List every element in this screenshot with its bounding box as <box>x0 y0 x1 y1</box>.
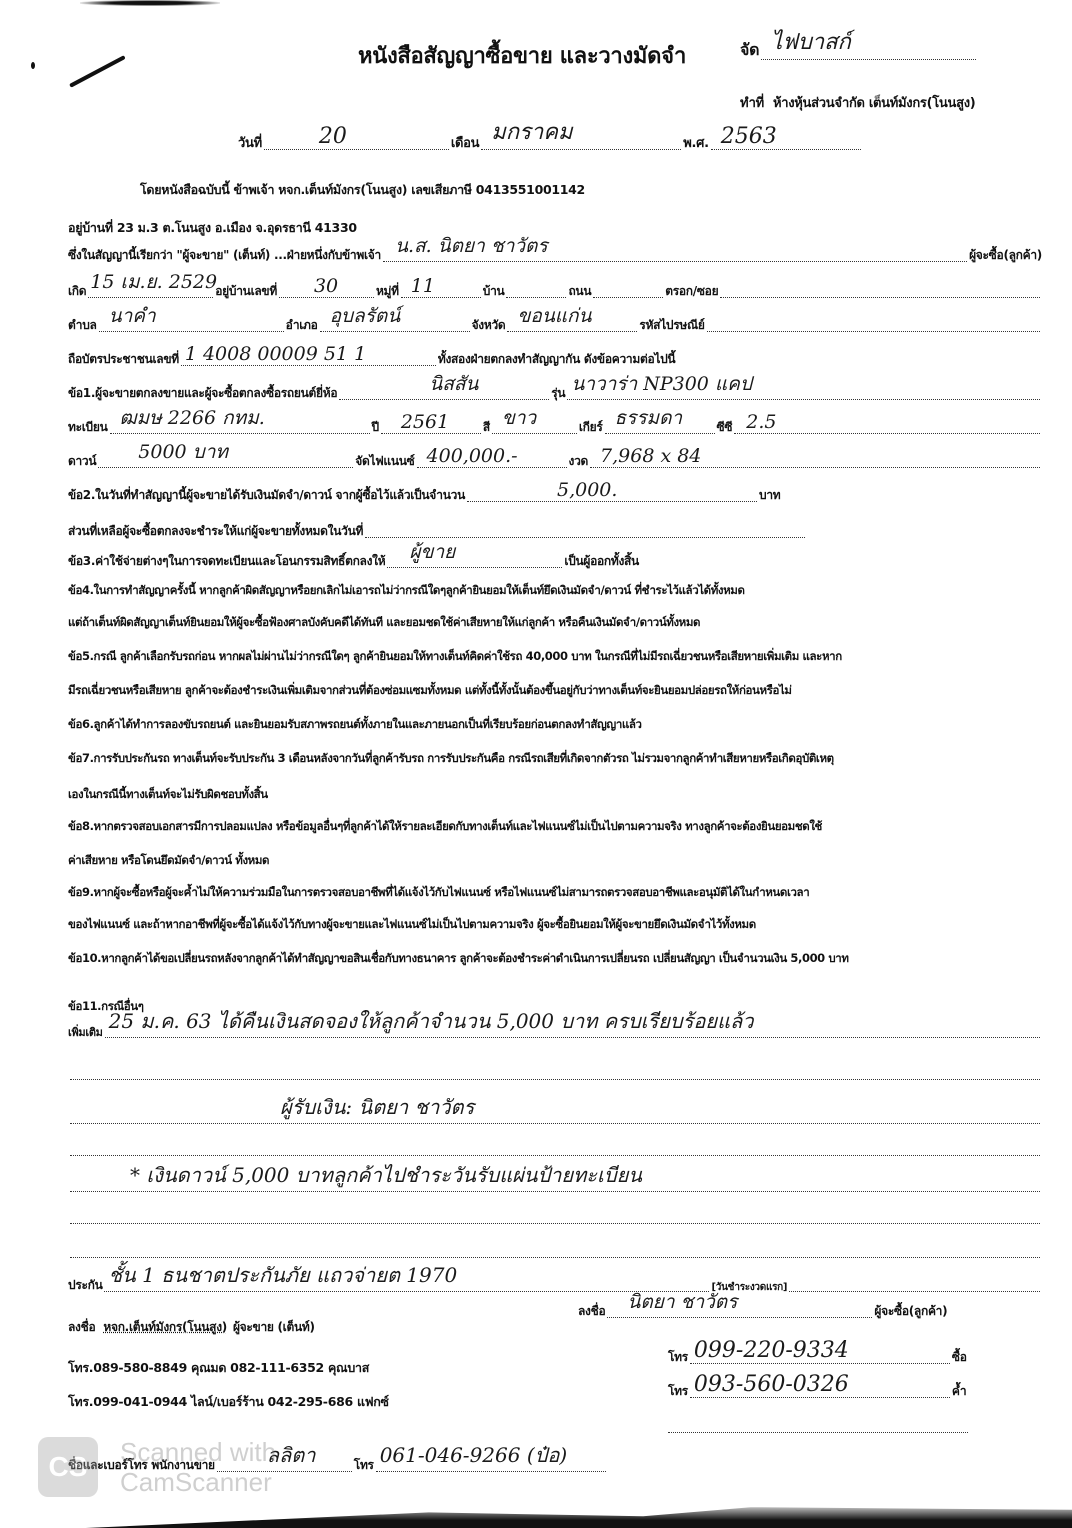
vehicle-finance-row: ดาวน์ 5000 บาท จัดไฟแนนซ์ 400,000.- งวด … <box>68 446 1042 471</box>
postal-label: รหัสไปรษณีย์ <box>639 316 704 335</box>
moo-value: 11 <box>411 275 435 297</box>
scan-edge-smear <box>0 1502 1072 1528</box>
buyer-id-row: ถือบัตรประชาชนเลขที่ 1 4008 00009 51 1 ท… <box>68 344 1042 369</box>
made-at-label: ทำที่ <box>740 96 764 111</box>
clause8-line2: ค่าเสียหาย หรือโดนยึดมัดจำ/ดาวน์ ทั้งหมด <box>68 852 269 870</box>
down-value: 5000 บาท <box>138 437 228 467</box>
seller-signature: ลงชื่อ หจก.เต็นท์มังกร(โนนสูง) ผู้จะขาย … <box>68 1318 315 1337</box>
buyer-sign-value: นิตยา ชาวัตร <box>627 1287 737 1317</box>
watermark-line2: CamScanner <box>120 1467 276 1497</box>
buyer-signature: ลงชื่อ นิตยา ชาวัตร ผู้จะซื้อ(ลูกค้า) <box>578 1296 947 1321</box>
finance-label: จัดไฟแนนซ์ <box>355 452 414 471</box>
buyer-location-row: ตำบล นาคำ อำเภอ อุบลรัตน์ จังหวัด ขอนแก่… <box>68 310 1042 335</box>
clause6-line1: ข้อ6.ลูกค้าได้ทำการลองขับรถยนต์ และยินยอ… <box>68 716 642 734</box>
clause3-suffix: เป็นผู้ออกทั้งสิ้น <box>564 552 639 571</box>
gear-label: เกียร์ <box>579 418 603 437</box>
insurance-value: ชั้น 1 ธนชาตประกันภัย แถวจ่ายต 1970 <box>108 1259 457 1291</box>
id-suffix: ทั้งสองฝ่ายตกลงทำสัญญากัน ดังข้อความต่อไ… <box>438 350 675 369</box>
buyer-phone-label: โทร <box>668 1348 688 1367</box>
brand-value: นิสสัน <box>429 369 478 399</box>
soi-label: ตรอก/ซอย <box>665 282 718 301</box>
made-at: ทำที่ ห้างหุ้นส่วนจำกัด เต็นท์มังกร(โนนส… <box>740 92 975 113</box>
jad-label: จัด <box>740 38 759 63</box>
clause4-line1: ข้อ4.ในการทำสัญญาครั้งนี้ หากลูกค้าผิดสั… <box>68 582 745 600</box>
road-label: ถนน <box>568 282 591 301</box>
receiver-text: ผู้รับเงิน: นิตยา ชาวัตร <box>280 1091 474 1123</box>
scan-smudge <box>80 0 220 6</box>
seller-phone-line2: โทร.099-041-0944 ไลน์/เบอร์ร้าน 042-295-… <box>68 1392 389 1412</box>
cc-value: 2.5 <box>746 411 776 433</box>
clause3-label: ข้อ3.ค่าใช้จ่ายต่างๆในการจดทะเบียนและโอน… <box>68 552 385 571</box>
additional-line-2: ผู้รับเงิน: นิตยา ชาวัตร <box>68 1090 1042 1127</box>
clause3-value: ผู้ขาย <box>409 537 455 567</box>
clause2-amount: 5,000. <box>557 479 617 501</box>
seller-ref-label: ซึ่งในสัญญานี้เรียกว่า "ผู้จะขาย" (เต็นท… <box>68 246 381 265</box>
clause10-line1: ข้อ10.หากลูกค้าได้ขอเปลี่ยนรถหลังจากลูกค… <box>68 950 849 968</box>
guarantor-phone-value: 093-560-0326 <box>694 1372 849 1397</box>
buyer-phone-suffix: ซื้อ <box>952 1348 967 1367</box>
made-at-value: ห้างหุ้นส่วนจำกัด เต็นท์มังกร(โนนสูง) <box>773 96 975 111</box>
clause8-line1: ข้อ8.หากตรวจสอบเอกสารมีการปลอมแปลง หรือข… <box>68 818 822 836</box>
jad-value: ไฟบาสก์ <box>771 24 851 59</box>
seller-address: อยู่บ้านที่ 23 ม.3 ต.โนนสูง อ.เมือง จ.อุ… <box>68 218 357 238</box>
clause7-line1: ข้อ7.การรับประกันรถ ทางเต็นท์จะรับประกัน… <box>68 750 834 768</box>
additional-line-3 <box>68 1130 1042 1159</box>
vehicle-year-value: 2561 <box>401 411 449 433</box>
vehicle-plate-row: ทะเบียน ฒมษ 2266 กทม. ปี 2561 สี ขาว เกี… <box>68 412 1042 437</box>
down-payment-note: * เงินดาวน์ 5,000 บาทลูกค้าไปชำระวันรับแ… <box>130 1159 642 1191</box>
gear-value: ธรรมดา <box>615 403 683 433</box>
document-title: หนังสือสัญญาซื้อขาย และวางมัดจำ <box>358 38 686 73</box>
cc-label: ซีซี <box>717 418 733 437</box>
staff-phone-value: 061-046-9266 (ป๋อ) <box>380 1439 567 1471</box>
tambon-label: ตำบล <box>68 316 97 335</box>
amphoe-label: อำเภอ <box>286 316 318 335</box>
clause5-line1: ข้อ5.กรณี ลูกค้าเลือกรับรถก่อน หากผลไม่ผ… <box>68 648 842 666</box>
camscanner-watermark: CS Scanned with CamScanner <box>38 1437 276 1497</box>
birth-label: เกิด <box>68 282 86 301</box>
clause5-line2: มีรถเฉี่ยวชนหรือเสียหาย ลูกค้าจะต้องชำระ… <box>68 682 792 700</box>
year-label-vehicle: ปี <box>372 418 379 437</box>
color-value: ขาว <box>502 403 536 433</box>
buyer-ref-label: ผู้จะซื้อ(ลูกค้า) <box>969 246 1042 265</box>
guarantor-phone-suffix: ค้ำ <box>952 1382 966 1401</box>
finance-value: 400,000.- <box>427 445 518 467</box>
house-no-label: อยู่บ้านเลขที่ <box>215 282 277 301</box>
additional-label: เพิ่มเติม <box>68 1023 103 1041</box>
id-value: 1 4008 00009 51 1 <box>185 343 366 365</box>
id-label: ถือบัตรประชาชนเลขที่ <box>68 350 179 369</box>
buyer-sign-label: ลงชื่อ <box>578 1302 605 1321</box>
model-value: นาวาร่า NP300 แคป <box>571 369 752 399</box>
buyer-name: น.ส. นิตยา ชาวัตร <box>395 231 548 261</box>
village-label: บ้าน <box>483 282 505 301</box>
seller-sign-value: หจก.เต็นท์มังกร(โนนสูง) <box>103 1318 227 1337</box>
jad-field: จัด ไฟบาสก์ <box>740 34 978 63</box>
plate-value: ฒมษ 2266 กทม. <box>120 403 265 433</box>
house-no-value: 30 <box>314 275 338 297</box>
color-label: สี <box>483 418 490 437</box>
buyer-birth-row: เกิด 15 เม.ย. 2529 อยู่บ้านเลขที่ 30 หมู… <box>68 276 1042 301</box>
vehicle-brand-row: ข้อ1.ผู้จะขายตกลงขายและผู้จะซื้อตกลงซื้อ… <box>68 378 1042 403</box>
buyer-phone-value: 099-220-9334 <box>694 1338 849 1363</box>
buyer-name-row: ซึ่งในสัญญานี้เรียกว่า "ผู้จะขาย" (เต็นท… <box>68 240 1042 265</box>
installment-label: งวด <box>569 452 589 471</box>
clause2-remaining-label: ส่วนที่เหลือผู้จะซื้อตกลงจะชำระให้แก่ผู้… <box>68 522 363 541</box>
additional-line-6 <box>68 1232 1042 1261</box>
birth-value: 15 เม.ย. 2529 <box>90 267 217 297</box>
installment-value: 7,968 x 84 <box>600 445 701 467</box>
insurance-label: ประกัน <box>68 1276 102 1295</box>
pen-mark <box>69 55 126 88</box>
watermark-line1: Scanned with <box>120 1437 276 1467</box>
staff-phone-label: โทร <box>354 1456 374 1475</box>
additional-line-4: * เงินดาวน์ 5,000 บาทลูกค้าไปชำระวันรับแ… <box>68 1160 1042 1195</box>
down-label: ดาวน์ <box>68 452 96 471</box>
buyer-role: ผู้จะซื้อ(ลูกค้า) <box>874 1302 947 1321</box>
buyer-phone-row: โทร 099-220-9334 ซื้อ <box>668 1336 967 1367</box>
seller-role: ผู้จะขาย (เต็นท์) <box>233 1318 315 1337</box>
amphoe-value: อุบลรัตน์ <box>330 301 401 331</box>
clause3-row: ข้อ3.ค่าใช้จ่ายต่างๆในการจดทะเบียนและโอน… <box>68 546 639 571</box>
seller-sign-label: ลงชื่อ <box>68 1318 95 1337</box>
clause4-line2: แต่ถ้าเต็นท์ผิดสัญญาเต็นท์ยินยอมให้ผู้จะ… <box>68 614 700 632</box>
seller-intro: โดยหนังสือฉบับนี้ ข้าพเจ้า หจก.เต็นท์มัง… <box>140 180 585 200</box>
additional-text: 25 ม.ค. 63 ได้คืนเงินสดจองให้ลูกค้าจำนวน… <box>109 1005 754 1037</box>
clause9-line2: ของไฟแนนซ์ และถ้าหากอาชีพที่ผู้จะซื้อได้… <box>68 916 756 934</box>
pen-dot <box>31 62 35 69</box>
additional-line-0: เพิ่มเติม 25 ม.ค. 63 ได้คืนเงินสดจองให้ล… <box>68 1008 1042 1041</box>
day-label: วันที่ <box>238 132 262 153</box>
clause7-line2: เองในกรณีนี้ทางเต็นท์จะไม่รับผิดชอบทั้งส… <box>68 786 268 804</box>
model-label: รุ่น <box>551 384 565 403</box>
clause1-label: ข้อ1.ผู้จะขายตกลงขายและผู้จะซื้อตกลงซื้อ… <box>68 384 337 403</box>
guarantor-phone-label: โทร <box>668 1382 688 1401</box>
month-value: มกราคม <box>491 114 572 149</box>
province-label: จังหวัด <box>472 316 506 335</box>
plate-label: ทะเบียน <box>68 418 108 437</box>
tambon-value: นาคำ <box>109 301 156 331</box>
insurance-row: ประกัน ชั้น 1 ธนชาตประกันภัย แถวจ่ายต 19… <box>68 1262 1042 1295</box>
additional-line-5 <box>68 1198 1042 1227</box>
clause9-line1: ข้อ9.หากผู้จะซื้อหรือผู้จะค้ำไม่ให้ความร… <box>68 884 809 902</box>
moo-label: หมู่ที่ <box>376 282 399 301</box>
date-row: วันที่ 20 เดือน มกราคม พ.ศ. 2563 <box>238 128 863 153</box>
camscanner-logo-icon: CS <box>38 1437 98 1497</box>
year-label: พ.ศ. <box>683 132 709 153</box>
month-label: เดือน <box>451 132 479 153</box>
day-value: 20 <box>319 124 347 149</box>
year-value: 2563 <box>721 124 777 149</box>
clause2-row: ข้อ2.ในวันที่ทำสัญญานี้ผู้จะขายได้รับเงิ… <box>68 480 780 505</box>
clause2-label: ข้อ2.ในวันที่ทำสัญญานี้ผู้จะขายได้รับเงิ… <box>68 486 465 505</box>
clause2-unit: บาท <box>759 486 780 505</box>
seller-phone-line1: โทร.089-580-8849 คุณมด 082-111-6352 คุณบ… <box>68 1358 369 1378</box>
province-value: ขอนแก่น <box>517 301 591 331</box>
additional-line-1 <box>68 1050 1042 1083</box>
guarantor-phone-row: โทร 093-560-0326 ค้ำ <box>668 1370 966 1401</box>
blank-line <box>668 1432 968 1433</box>
